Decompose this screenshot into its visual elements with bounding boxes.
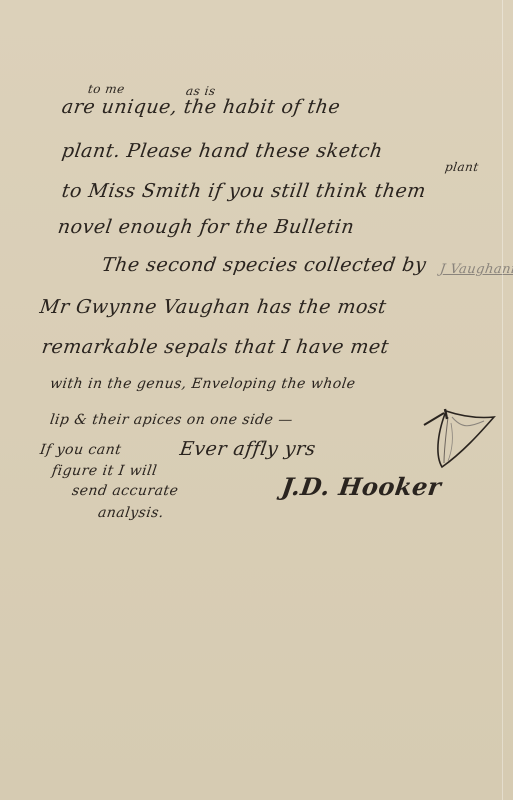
sepal-sketch-icon (418, 405, 498, 475)
letter-line-1: are unique, the habit of the (60, 96, 341, 118)
postscript-line-1: figure it I will (51, 463, 158, 479)
letter-page: to me as is are unique, the habit of the… (0, 0, 513, 800)
letter-line-10: If you cant (39, 442, 123, 458)
insertion-to-me: to me (87, 82, 126, 96)
postscript-line-2: send accurate (71, 483, 180, 499)
margin-note: J Vaughani (439, 262, 513, 277)
letter-line-5: The second species collected by (100, 254, 427, 276)
letter-line-2: plant. Please hand these sketch (60, 140, 384, 162)
letter-line-6: Mr Gwynne Vaughan has the most (38, 296, 387, 318)
closing: Ever affly yrs (178, 438, 317, 460)
letter-line-4: novel enough for the Bulletin (56, 216, 355, 238)
letter-line-8: with in the genus, Enveloping the whole (49, 376, 357, 392)
letter-line-3: to Miss Smith if you still think them (60, 180, 427, 202)
postscript-line-3: analysis. (97, 505, 165, 521)
letter-line-9: lip & their apices on one side — (49, 412, 294, 428)
insertion-plant: plant (444, 160, 480, 174)
signature: J.D. Hooker (280, 472, 443, 501)
letter-line-7: remarkable sepals that I have met (40, 336, 390, 358)
